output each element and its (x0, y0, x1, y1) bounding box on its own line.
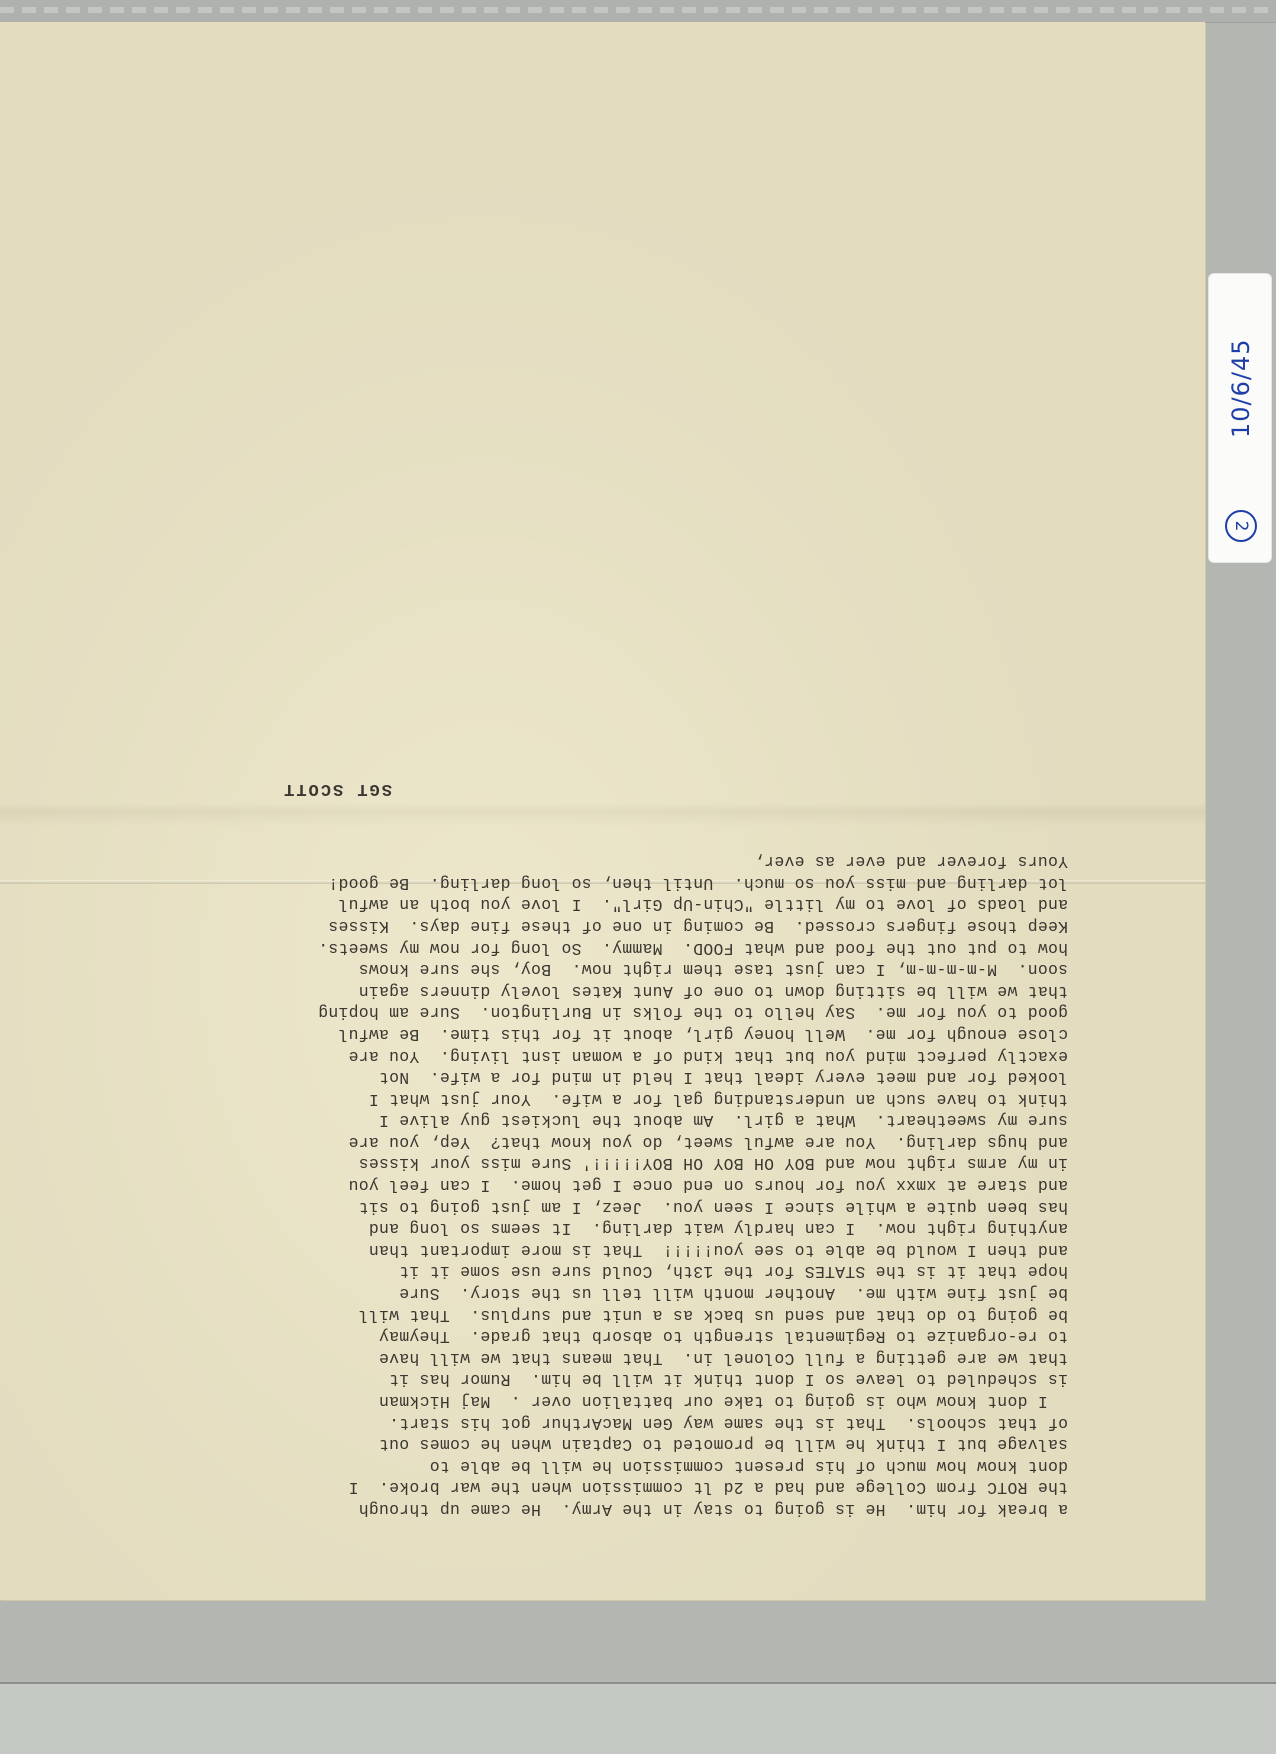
letter-line: and then I would be able to see you!!!!!… (138, 1239, 1068, 1261)
letter-line: Keep those fingers crossed. Be coming in… (138, 915, 1068, 937)
letter-line: and loads of love to my little "Chin-Up … (138, 894, 1068, 916)
letter-line: be just fine with me. Another month will… (138, 1282, 1068, 1304)
letter-line: that we are getting a full Colonel in. T… (138, 1347, 1068, 1369)
letter-line: looked for and meet every ideal that I h… (138, 1067, 1068, 1089)
letter-line: is scheduled to leave so I dont think it… (138, 1369, 1068, 1391)
letter-line: lot darling and miss you so much. Until … (138, 872, 1068, 894)
letter-line: good to you for me. Say hello to the fol… (138, 1002, 1068, 1024)
letter-body: a break for him. He is going to stay in … (138, 660, 1068, 1520)
sleeve-perforation (0, 7, 1276, 13)
letter-line: dont know how much of his present commis… (138, 1455, 1068, 1477)
letter-line: how to put out the food and what FOOD. M… (138, 937, 1068, 959)
letter-line: be going to do that and send us back as … (138, 1304, 1068, 1326)
letter-line: has been quite a while since I seen you.… (138, 1196, 1068, 1218)
sleeve-top-edge (0, 0, 1276, 23)
letter-line: hope that it is the STATES for the 13th,… (138, 1261, 1068, 1283)
letter-line: sure my sweetheart. What a girl. Am abou… (138, 1110, 1068, 1132)
letter-line: that we will be sitting down to one of A… (138, 980, 1068, 1002)
letter-line: in my arms right now and BOY OH BOY OH B… (138, 1153, 1068, 1175)
letter-line: salvage but I think he will be promoted … (138, 1434, 1068, 1456)
letter-line: I dont know who is going to take our bat… (138, 1390, 1068, 1412)
letter-line: of that schools. That is the same way Ge… (138, 1412, 1068, 1434)
letter-line: and hugs darling. You are awful sweet, d… (138, 1131, 1068, 1153)
letter-line: close enough for me. Well honey girl, ab… (138, 1023, 1068, 1045)
letter-line: the ROTC from College and had a 2d lt co… (138, 1477, 1068, 1499)
letter-line: think to have such an understanding gal … (138, 1088, 1068, 1110)
archive-tag-page-number: 2 (1225, 510, 1257, 542)
letter-line: and stare at xmxx you for hours on end o… (138, 1175, 1068, 1197)
archive-tag-date: 10/6/45 (1217, 318, 1265, 458)
letter-line: to re-organize to Regimental strength to… (138, 1326, 1068, 1348)
letter-closing: Yours forever and ever as ever, (138, 851, 1068, 873)
letter-line: exactly perfect mind you but that kind o… (138, 1045, 1068, 1067)
letter-line: anything right now. I can hardly wait da… (138, 1218, 1068, 1240)
signature: SGT SCOTT (138, 777, 1068, 799)
letter-line: a break for him. He is going to stay in … (138, 1498, 1068, 1520)
sleeve-bottom-edge (0, 1682, 1276, 1754)
letter-line: soon. M-m-m-m-m, I can just tase them ri… (138, 959, 1068, 981)
